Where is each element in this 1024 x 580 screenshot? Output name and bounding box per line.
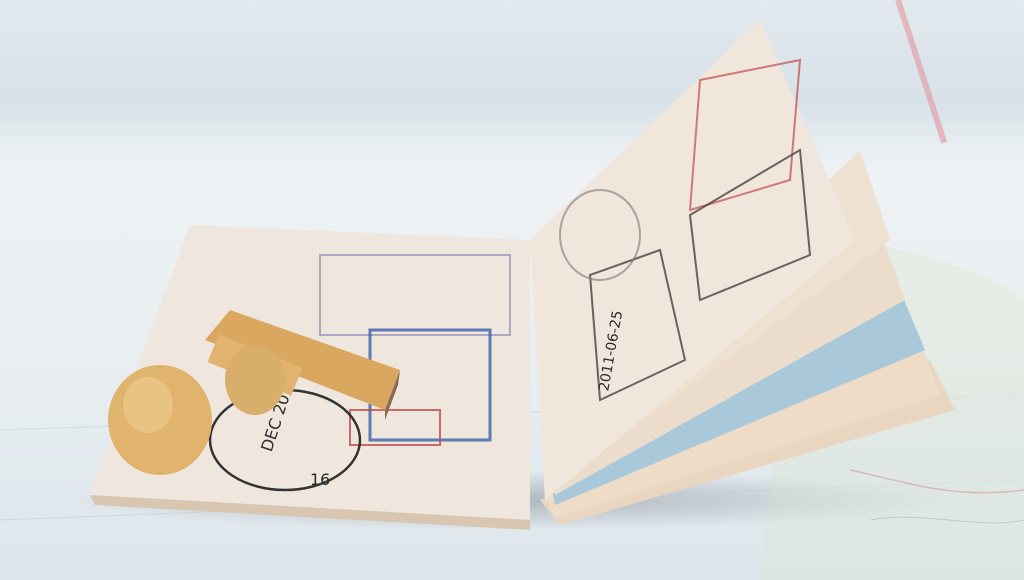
map-background: DEC 2012 16 2011-06-25 xyxy=(0,0,1024,580)
passport-illustration: DEC 2012 16 2011-06-25 xyxy=(0,0,1024,580)
svg-text:16: 16 xyxy=(310,470,330,489)
